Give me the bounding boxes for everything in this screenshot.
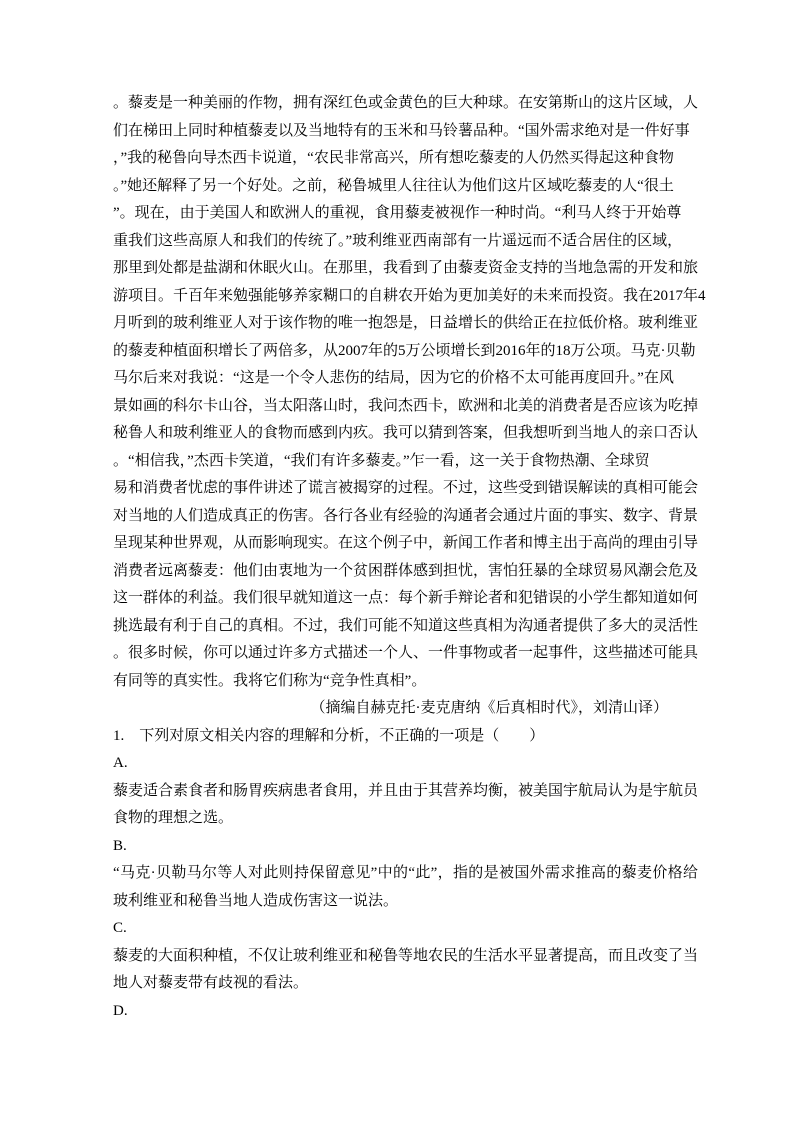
document-page: 。藜麦是一种美丽的作物，拥有深红色或金黄色的巨大种球。在安第斯山的这片区域，人 … <box>0 0 794 1123</box>
article-line: 。”她还解释了另一个好处。之前，秘鲁城里人往往认为他们这片区域吃藜麦的人“很土 <box>113 173 698 201</box>
article-line: 有同等的真实性。我将它们称为“竞争性真相”。 <box>113 668 698 696</box>
article-line: 游项目。千百年来勉强能够养家糊口的自耕农开始为更加美好的未来而投资。我在2017… <box>113 283 698 311</box>
article-line: 月听到的玻利维亚人对于该作物的唯一抱怨是，日益增长的供给正在拉低价格。玻利维亚 <box>113 310 698 338</box>
article-attribution: （摘编自赫克托·麦克唐纳《后真相时代》，刘清山译） <box>113 695 698 723</box>
article-line: 。“相信我，”杰西卡笑道，“我们有许多藜麦。”乍一看，这一关于食物热潮、全球贸 <box>113 448 698 476</box>
question-stem: 1. 下列对原文相关内容的理解和分析，不正确的一项是（ ） <box>113 723 698 751</box>
article-line: ，”我的秘鲁向导杰西卡说道，“农民非常高兴，所有想吃藜麦的人仍然买得起这种食物 <box>113 145 698 173</box>
article-line: 。很多时候，你可以通过许多方式描述一个人、一件事物或者一起事件，这些描述可能具 <box>113 640 698 668</box>
option-c: C. 藜麦的大面积种植，不仅让玻利维亚和秘鲁等地农民的生活水平显著提高，而且改变… <box>113 915 698 998</box>
option-b-text: “马克·贝勒马尔等人对此则持保留意见”中的“此”，指的是被国外需求推高的藜麦价格… <box>113 860 698 915</box>
article-line: 消费者远离藜麦：他们由衷地为一个贫困群体感到担忧，害怕狂暴的全球贸易风潮会危及 <box>113 558 698 586</box>
option-d-label: D. <box>113 998 698 1026</box>
article-line: 秘鲁人和玻利维亚人的食物而感到内疚。我可以猜到答案，但我想听到当地人的亲口否认 <box>113 420 698 448</box>
article-line: 呈现某种世界观，从而影响现实。在这个例子中，新闻工作者和博主出于高尚的理由引导 <box>113 530 698 558</box>
article-line: 们在梯田上同时种植藜麦以及当地特有的玉米和马铃薯品种。“国外需求绝对是一件好事 <box>113 118 698 146</box>
article-line: 对当地的人们造成真正的伤害。各行各业有经验的沟通者会通过片面的事实、数字、背景 <box>113 503 698 531</box>
article-line: 。藜麦是一种美丽的作物，拥有深红色或金黄色的巨大种球。在安第斯山的这片区域，人 <box>113 90 698 118</box>
option-b: B. “马克·贝勒马尔等人对此则持保留意见”中的“此”，指的是被国外需求推高的藜… <box>113 833 698 916</box>
article-line: 景如画的科尔卡山谷，当太阳落山时，我问杰西卡，欧洲和北美的消费者是否应该为吃掉 <box>113 393 698 421</box>
article-line: ”。现在，由于美国人和欧洲人的重视，食用藜麦被视作一种时尚。“利马人终于开始尊 <box>113 200 698 228</box>
option-d: D. <box>113 998 698 1026</box>
option-a-label: A. <box>113 750 698 778</box>
article-line: 的藜麦种植面积增长了两倍多，从2007年的5万公顷增长到2016年的18万公项。… <box>113 338 698 366</box>
option-c-text: 藜麦的大面积种植，不仅让玻利维亚和秘鲁等地农民的生活水平显著提高，而且改变了当地… <box>113 943 698 998</box>
article-line: 那里到处都是盐湖和休眠火山。在那里，我看到了由藜麦资金支持的当地急需的开发和旅 <box>113 255 698 283</box>
option-b-label: B. <box>113 833 698 861</box>
document-content: 。藜麦是一种美丽的作物，拥有深红色或金黄色的巨大种球。在安第斯山的这片区域，人 … <box>113 90 698 1025</box>
article-line: 重我们这些高原人和我们的传统了。”玻利维亚西南部有一片遥远而不适合居住的区域， <box>113 228 698 256</box>
option-a: A. 藜麦适合素食者和肠胃疾病患者食用，并且由于其营养均衡，被美国宇航局认为是宇… <box>113 750 698 833</box>
option-c-label: C. <box>113 915 698 943</box>
option-a-text: 藜麦适合素食者和肠胃疾病患者食用，并且由于其营养均衡，被美国宇航局认为是宇航员食… <box>113 778 698 833</box>
article-line: 挑选最有利于自己的真相。不过，我们可能不知道这些真相为沟通者提供了多大的灵活性 <box>113 613 698 641</box>
article-line: 马尔后来对我说：“这是一个令人悲伤的结局，因为它的价格不太可能再度回升。”在风 <box>113 365 698 393</box>
article-paragraph: 。藜麦是一种美丽的作物，拥有深红色或金黄色的巨大种球。在安第斯山的这片区域，人 … <box>113 90 698 695</box>
article-line: 这一群体的利益。我们很早就知道这一点：每个新手辩论者和犯错误的小学生都知道如何 <box>113 585 698 613</box>
article-line: 易和消费者忧虑的事件讲述了谎言被揭穿的过程。不过，这些受到错误解读的真相可能会 <box>113 475 698 503</box>
